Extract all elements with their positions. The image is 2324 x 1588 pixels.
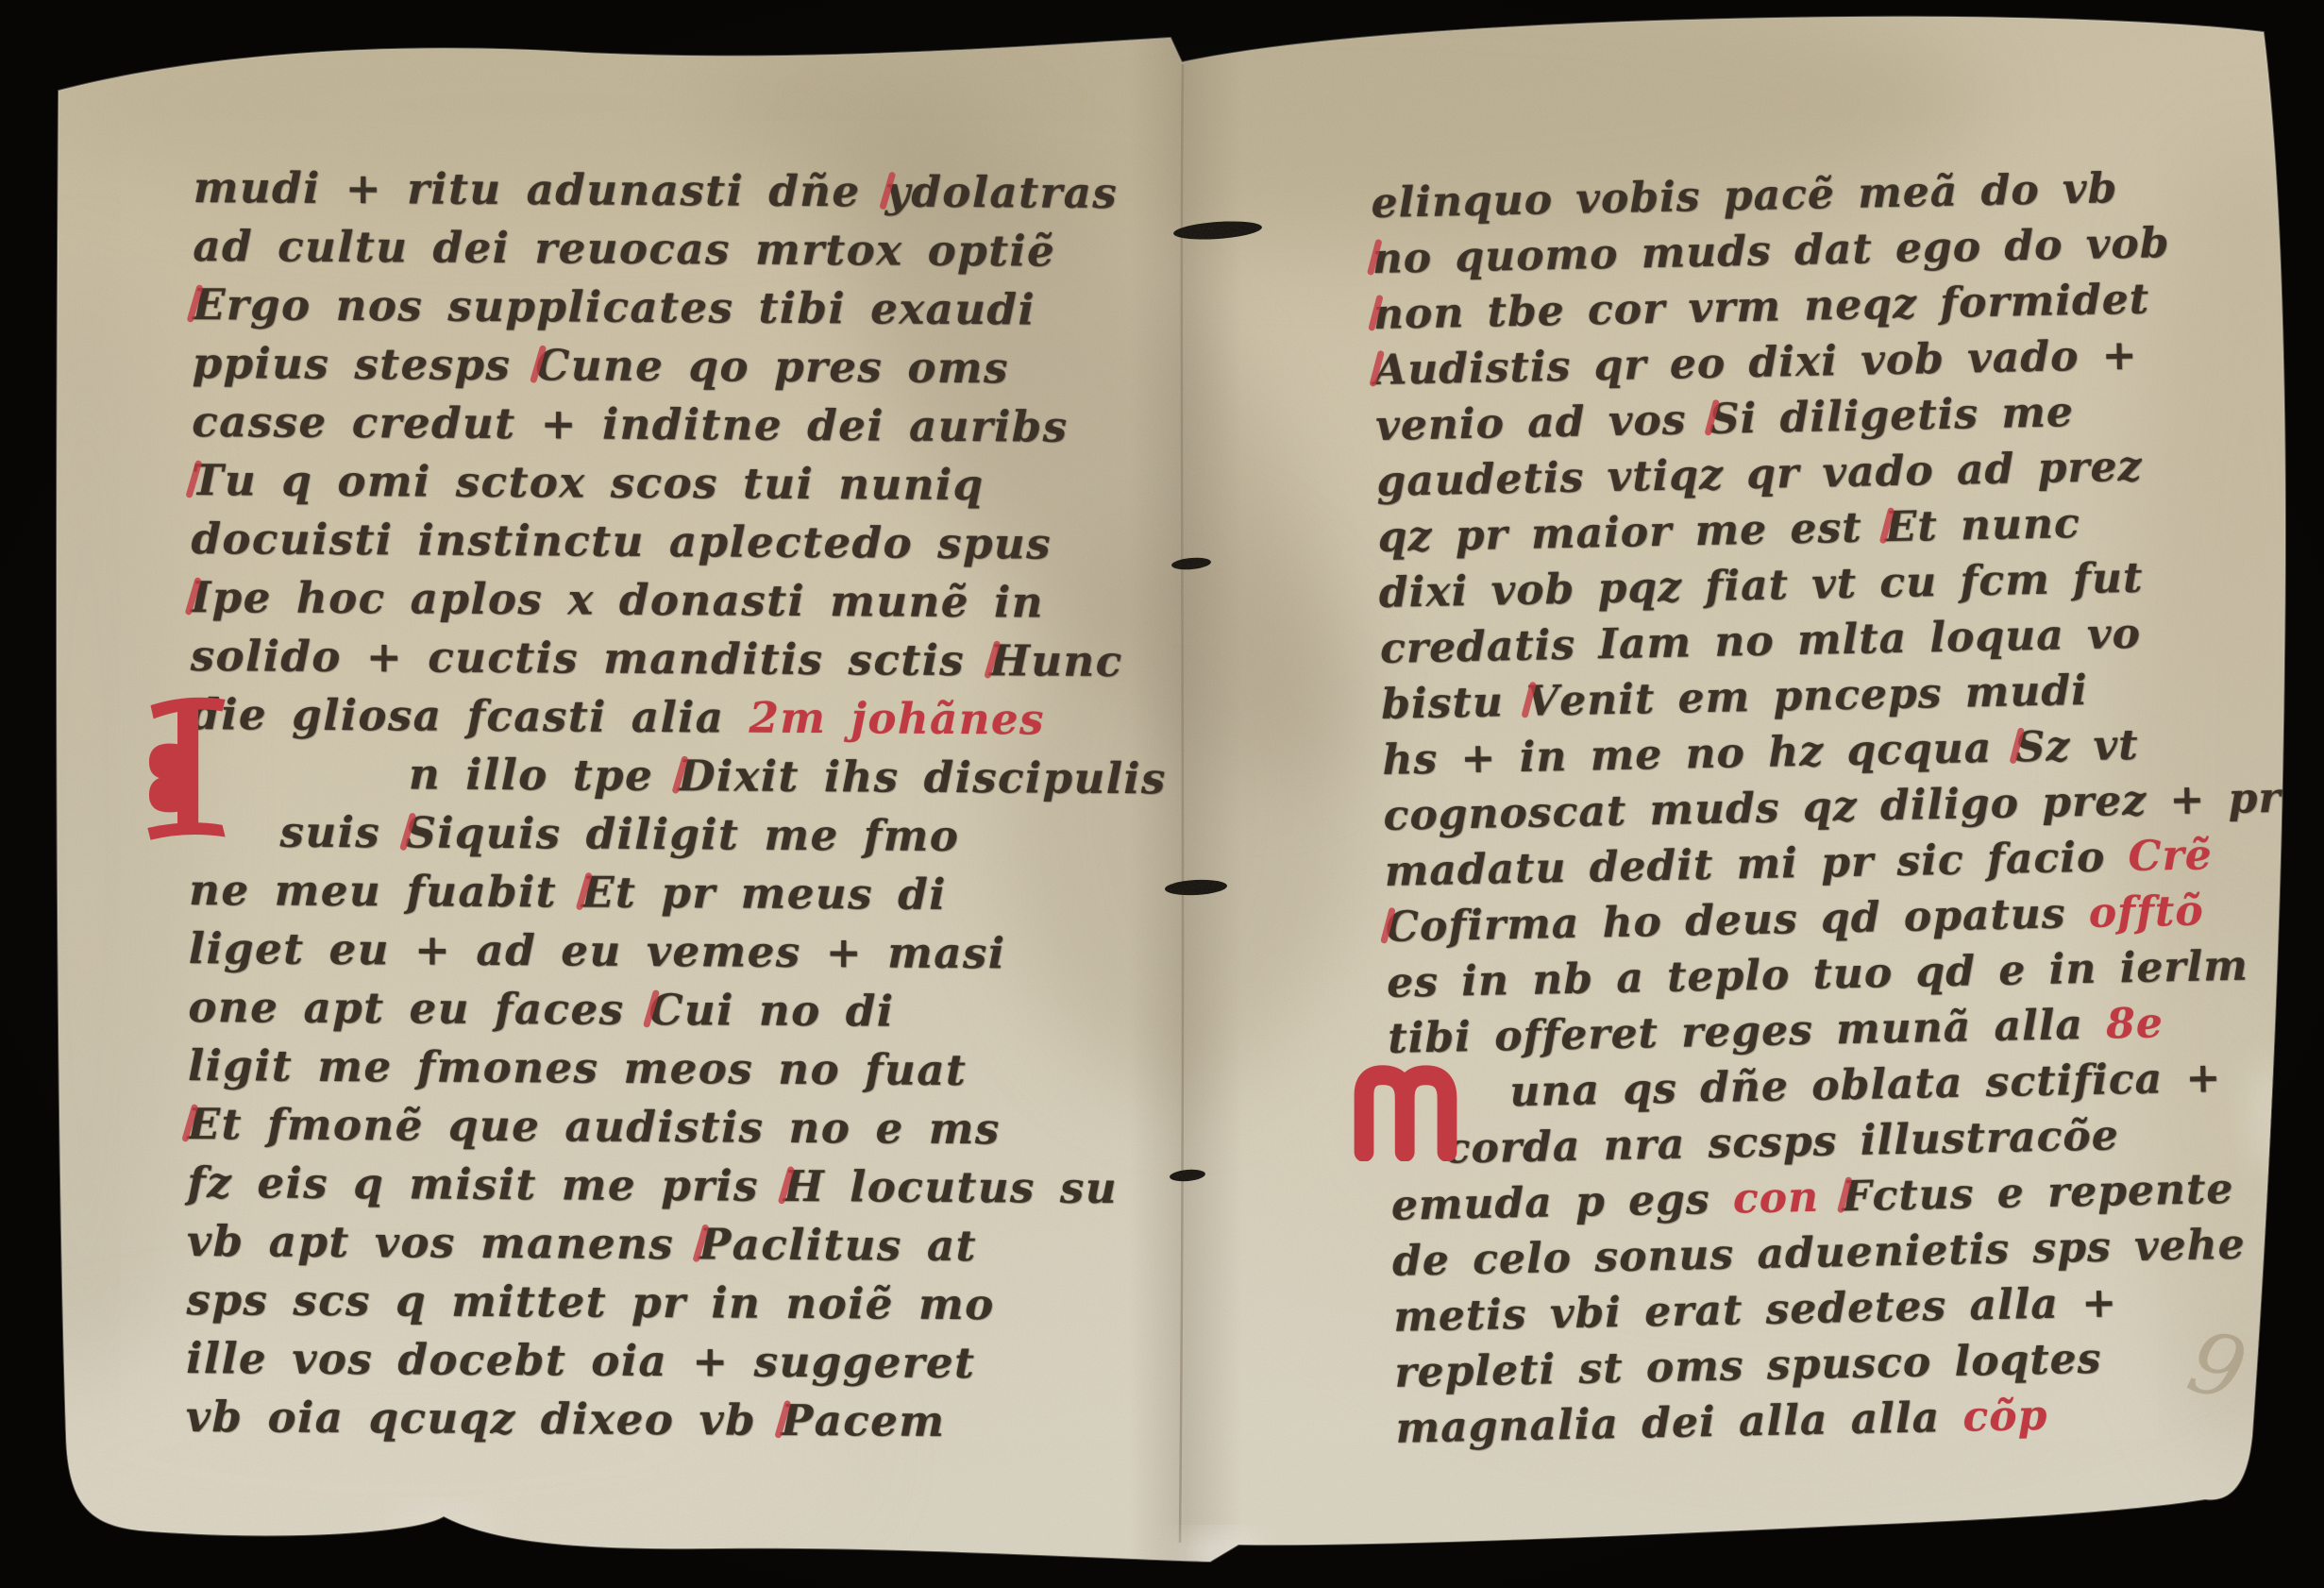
red-touched-capital: E [193,276,227,334]
rubric-text: 8e [2106,999,2164,1048]
red-touched-capital: E [188,1095,222,1154]
red-touched-capital: H [989,632,1031,690]
red-touched-capital: A [1374,342,1408,398]
ink-text: ille vos docebt oia + suggeret [186,1333,976,1388]
rubric-text: cõp [1962,1392,2048,1442]
manuscript-text-line: ne meu fuabit Et pr meus di [189,861,1123,925]
ink-text: vb oia qcuqz dixeo vb [186,1392,782,1445]
manuscript-text-line: ppius stesps Cune qo pres oms [192,334,1126,398]
red-touched-capital: S [2014,719,2046,776]
red-touched-capital: D [678,747,716,805]
red-touched-capital: F [1842,1169,1873,1225]
ink-text: ui no di [684,985,895,1036]
ink-text: bistu [1381,678,1527,729]
red-touched-capital: C [648,981,684,1039]
ink-text: suis [279,807,405,858]
rubric-text: 2m johãnes [749,693,1045,745]
red-touched-capital: E [581,864,615,922]
manuscript-text-line: Et fmonẽ que audistis no e ms [188,1095,1122,1159]
ink-text: ctus e repente [1872,1165,2234,1221]
ink-text: n illo tpe [409,749,679,801]
manuscript-text-line: sps scs q mittet pr in noiẽ mo [186,1271,1120,1335]
manuscript-text-line: n illo tpe Dixit ihs discipulis [190,744,1124,808]
rubric-text: offtõ [2088,887,2204,937]
red-touched-capital: S [405,803,437,862]
ink-text: i diligetis me [1740,388,2074,443]
ink-text: acem [814,1395,945,1446]
ink-text: une qo pres oms [571,340,1009,393]
ink-text: magnalia dei alla alla [1395,1394,1963,1453]
manuscript-text-line: vb oia qcuqz dixeo vb Pacem [186,1388,1120,1452]
ink-text: docuisti instinctu aplectedo spus [191,514,1052,569]
manuscript-text-line: casse credut + inditne dei auribs [192,393,1126,457]
ink-text: ad cultu dei reuocas mrtox optiẽ [193,221,1055,277]
right-page-text-column: elinquo vobis pacẽ meã do vbno quomo mud… [1371,158,2302,1457]
ink-text: fz eis q misit me pris [187,1157,783,1211]
manuscript-text-line: Ergo nos supplicates tibi exaudi [193,276,1127,340]
red-touched-capital: P [781,1392,815,1450]
ink-text: unc [1031,635,1123,686]
ink-text: casse credut + inditne dei auribs [192,397,1069,452]
ink-text: solido + cuctis manditis sctis [191,631,990,685]
manuscript-text-line: suis Siquis diligit me fmo [189,802,1123,867]
red-touched-capital: P [699,1215,733,1274]
manuscript-text-line: vb apt vos manens Paclitus at [187,1212,1121,1276]
manuscript-text-line: fz eis q misit me pris H locutus su [187,1154,1121,1218]
ink-text: una qs dñe oblata sctifica + [1509,1054,2222,1116]
ink-text: vb apt vos manens [187,1216,699,1269]
manuscript-text-line: die gliosa fcasti alia 2m johãnes [190,685,1124,750]
ink-text: rgo nos supplicates tibi exaudi [227,279,1036,334]
ink-text: hs + in me no hz qcqua [1382,723,2015,784]
ink-text: ligit me fmones meos no fuat [188,1040,967,1095]
red-touched-capital: S [1709,391,1741,448]
red-touched-capital: H [783,1157,825,1216]
ink-text: iquis diligit me fmo [437,808,959,861]
ink-text: ixit ihs discipulis [716,751,1167,803]
ink-text: venio ad vos [1375,396,1709,450]
red-touched-capital: E [1884,498,1918,555]
ink-text: t nunc [1917,499,2080,550]
ink-text: z vt [2046,721,2139,771]
manuscript-text-line: docuisti instinctu aplectedo spus [191,510,1125,574]
manuscript-text-line: ille vos docebt oia + suggeret [186,1329,1120,1394]
ink-text: locutus su [825,1161,1118,1213]
manuscript-text-line: liget eu + ad eu vemes + masi [189,920,1123,984]
ink-text: aclitus at [733,1220,978,1272]
red-touched-capital: V [1526,673,1560,730]
ink-text: liget eu + ad eu vemes + masi [189,923,1006,978]
red-touched-capital: n [1372,230,1404,287]
ink-text [1819,1173,1843,1221]
manuscript-text-line: solido + cuctis manditis sctis Hunc [191,627,1125,691]
ink-text: emuda p egs [1390,1175,1733,1230]
ink-text: pe hoc aplos x donasti munẽ in [212,572,1044,627]
red-touched-capital: y [885,162,912,221]
ink-text: qz pr maior me est [1377,503,1885,562]
rubric-text: con [1732,1174,1819,1224]
manuscript-text-line: one apt eu faces Cui no di [188,978,1122,1042]
ink-text: corda nra scsps illustracõe [1444,1111,2119,1173]
manuscript-text-line: ligit me fmones meos no fuat [188,1037,1122,1101]
red-touched-capital: I [191,568,212,627]
ink-text: enit em pnceps mudi [1559,667,2089,725]
ink-text: ne meu fuabit [189,865,581,918]
red-touched-capital: C [1385,899,1420,955]
red-touched-capital: C [535,336,571,395]
manuscript-text-line: ad cultu dei reuocas mrtox optiẽ [193,217,1127,281]
ink-text: repleti st oms spusco loqtes [1394,1335,2102,1397]
ink-text: t fmonẽ que audistis no e ms [221,1099,1001,1154]
red-touched-capital: T [192,451,225,510]
ink-text: sps scs q mittet pr in noiẽ mo [186,1275,994,1329]
ink-text: die gliosa fcasti alia [190,689,749,743]
left-page-text-column: mudi + ritu adunasti dñe ydolatrasad cul… [186,159,1128,1452]
manuscript-text-line: Ipe hoc aplos x donasti munẽ in [191,568,1125,633]
ink-text: t pr meus di [615,868,947,920]
ink-text: one apt eu faces [188,982,648,1035]
ink-text: u q omi sctox scos tui nuniq [225,455,985,510]
red-touched-capital: n [1373,286,1405,343]
ink-text: ofirma ho deus qd opatus [1419,889,2089,951]
ink-text: ppius stesps [193,338,536,390]
ink-text: dolatras [911,167,1118,218]
manuscript-text-line: Tu q omi sctox scos tui nuniq [192,451,1126,515]
rubric-text: Crẽ [2128,831,2213,881]
ink-text: mudi + ritu adunasti dñe [194,162,885,216]
manuscript-text-line: mudi + ritu adunasti dñe ydolatras [194,159,1128,223]
photograph-of-manuscript: mudi + ritu adunasti dñe ydolatrasad cul… [0,0,2324,1588]
